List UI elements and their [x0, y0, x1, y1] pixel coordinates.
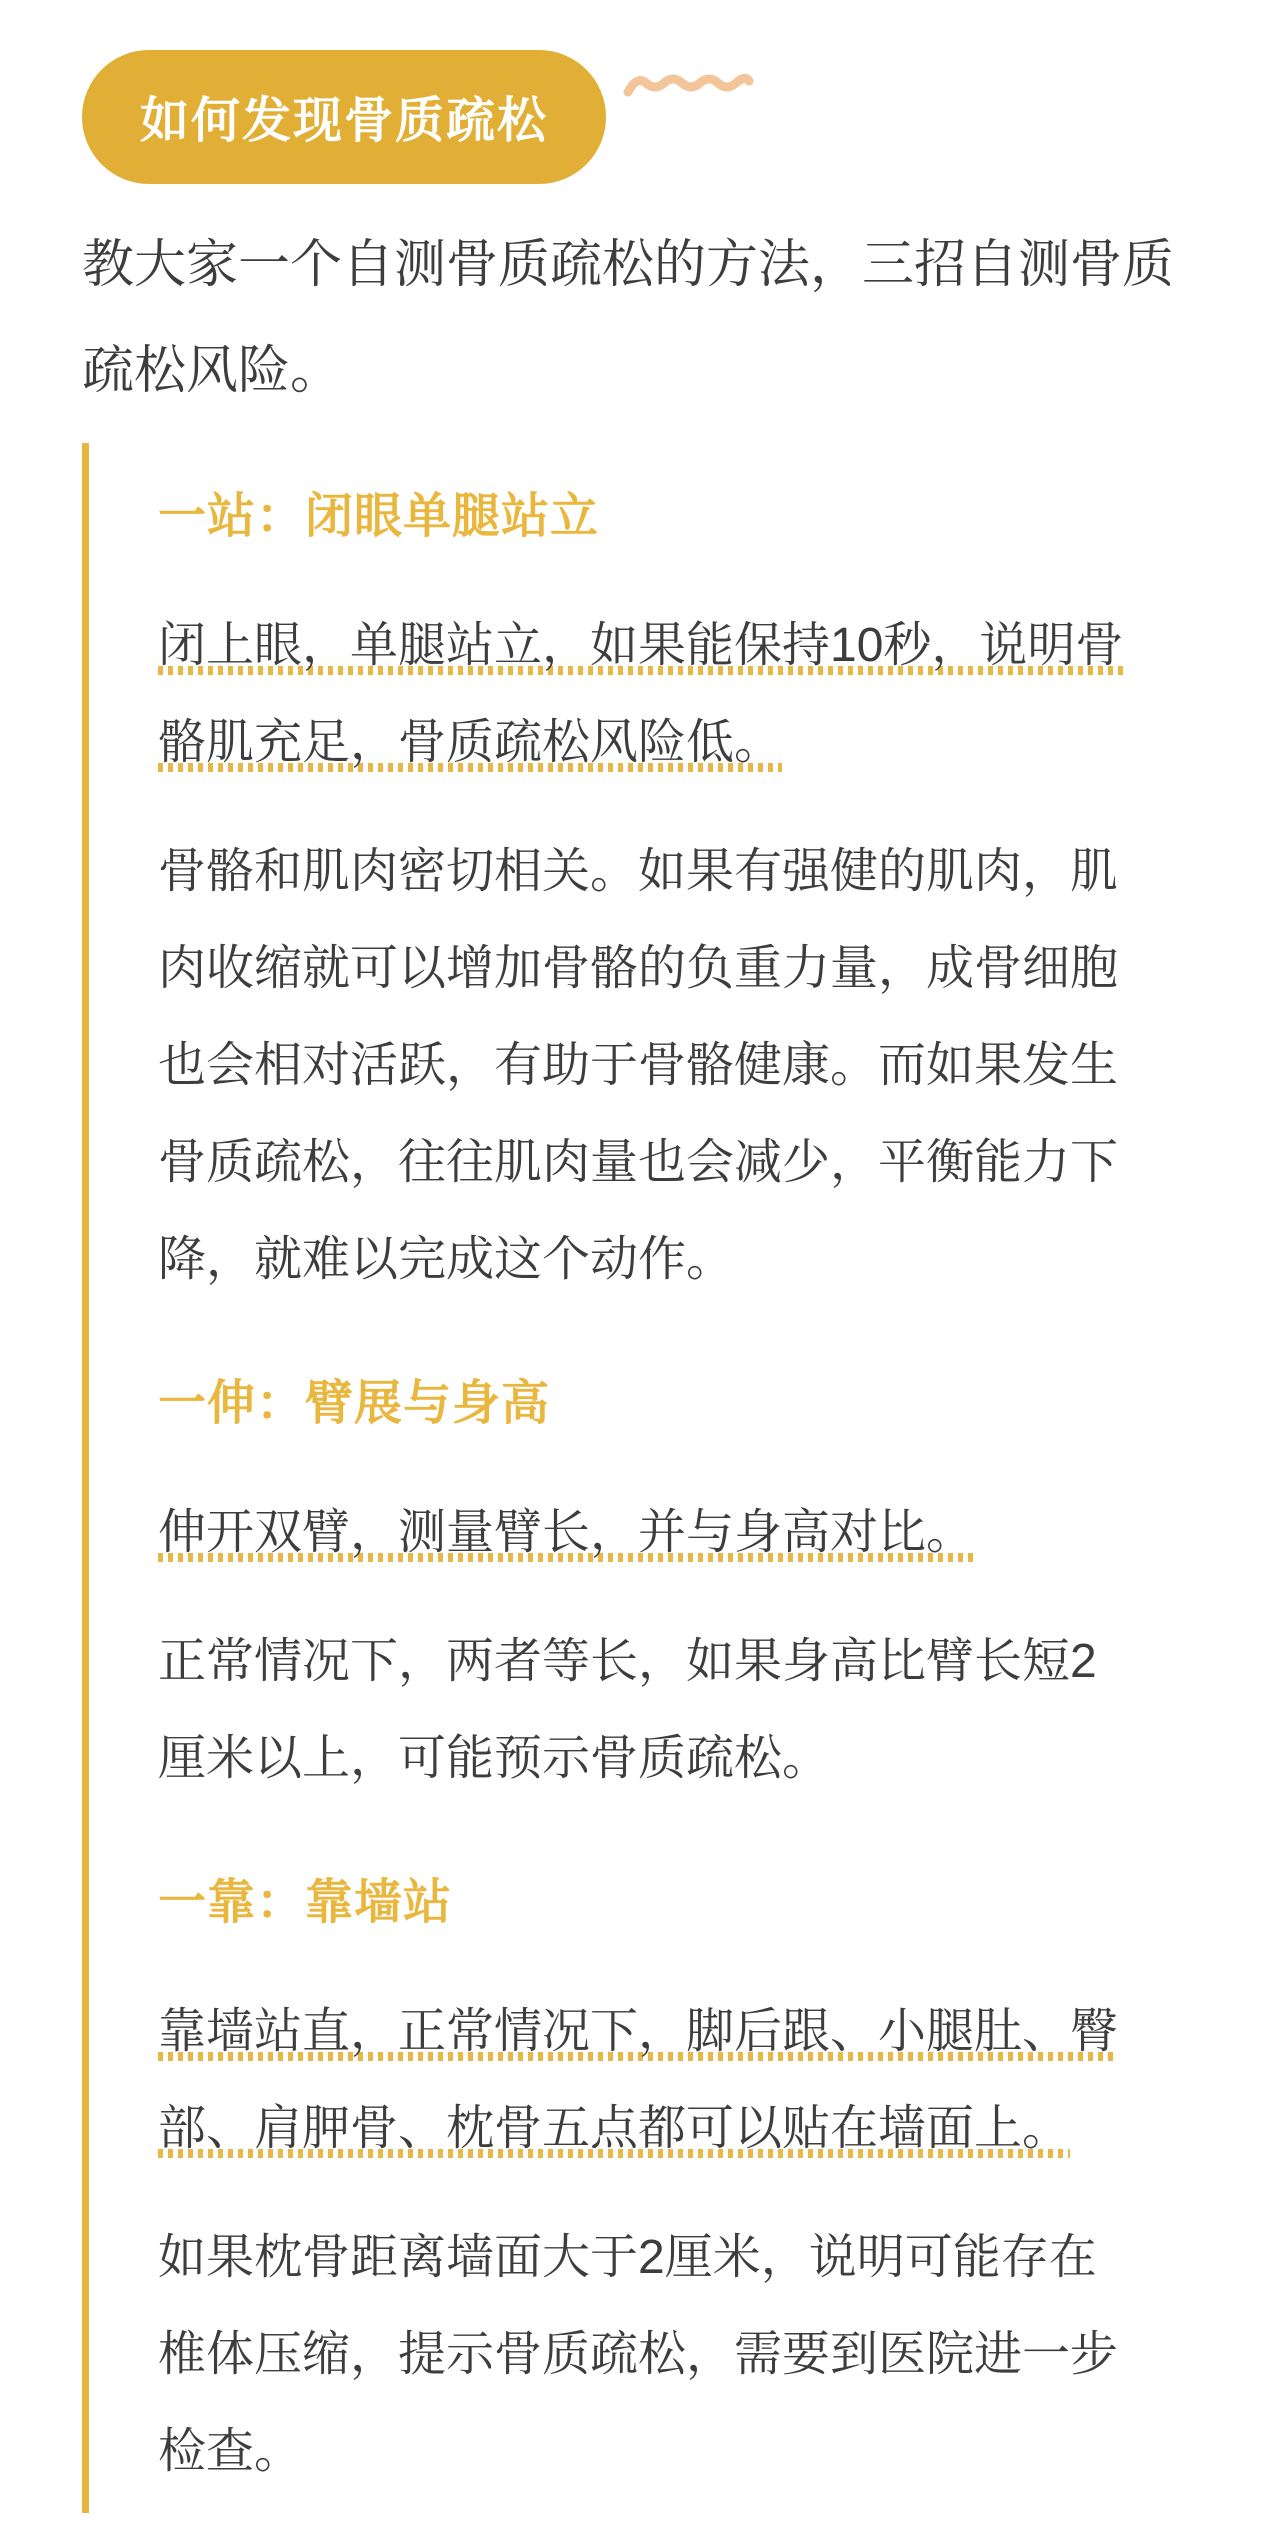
- text: 厘米以上，可能预示骨质疏松。: [158, 1732, 830, 1785]
- intro-text-line: 疏松风险。: [82, 318, 1219, 424]
- article-title-row: 如何发现骨质疏松: [82, 50, 1219, 184]
- text-line: 也会相对活跃，有助于骨骼健康。而如果发生: [158, 1017, 1219, 1114]
- underlined-text: 伸开双臂，测量臂长，并与身高对比。: [158, 1506, 974, 1562]
- body-paragraph: 正常情况下，两者等长，如果身高比臂长短2厘米以上，可能预示骨质疏松。: [158, 1613, 1219, 1807]
- underlined-text: 部、肩胛骨、枕骨五点都可以贴在墙面上。: [158, 2102, 1070, 2158]
- text-line: 椎体压缩，提示骨质疏松，需要到医院进一步: [158, 2306, 1219, 2403]
- article-page: 如何发现骨质疏松 教大家一个自测骨质疏松的方法，三招自测骨质疏松风险。 一站：闭…: [0, 50, 1279, 2513]
- section-heading: 一靠：靠墙站: [158, 1871, 1219, 1935]
- text-line: 如果枕骨距离墙面大于2厘米，说明可能存在: [158, 2209, 1219, 2306]
- underlined-text: 靠墙站直，正常情况下，脚后跟、小腿肚、臀: [158, 2005, 1118, 2061]
- body-paragraph: 如果枕骨距离墙面大于2厘米，说明可能存在椎体压缩，提示骨质疏松，需要到医院进一步…: [158, 2209, 1219, 2500]
- underlined-paragraph: 闭上眼，单腿站立，如果能保持10秒，说明骨骼肌充足，骨质疏松风险低。: [158, 597, 1219, 791]
- text-line: 正常情况下，两者等长，如果身高比臂长短2: [158, 1613, 1219, 1710]
- underlined-text: 骼肌充足，骨质疏松风险低。: [158, 716, 782, 772]
- text: 骨质疏松，往往肌肉量也会减少，平衡能力下: [158, 1136, 1118, 1189]
- text-line: 骨骼和肌肉密切相关。如果有强健的肌肉，肌: [158, 823, 1219, 920]
- underlined-paragraph: 靠墙站直，正常情况下，脚后跟、小腿肚、臀部、肩胛骨、枕骨五点都可以贴在墙面上。: [158, 1983, 1219, 2177]
- text-line: 降，就难以完成这个动作。: [158, 1211, 1219, 1308]
- text-line: 骨质疏松，往往肌肉量也会减少，平衡能力下: [158, 1114, 1219, 1211]
- text: 肉收缩就可以增加骨骼的负重力量，成骨细胞: [158, 942, 1118, 995]
- text-line: 骼肌充足，骨质疏松风险低。: [158, 694, 1219, 791]
- section-title: 如何发现骨质疏松: [140, 82, 548, 152]
- text-line: 部、肩胛骨、枕骨五点都可以贴在墙面上。: [158, 2080, 1219, 2177]
- text: 椎体压缩，提示骨质疏松，需要到医院进一步: [158, 2328, 1118, 2381]
- underlined-paragraph: 伸开双臂，测量臂长，并与身高对比。: [158, 1484, 1219, 1581]
- text: 检查。: [158, 2425, 302, 2478]
- text-line: 靠墙站直，正常情况下，脚后跟、小腿肚、臀: [158, 1983, 1219, 2080]
- text: 降，就难以完成这个动作。: [158, 1233, 734, 1286]
- intro-text-line: 教大家一个自测骨质疏松的方法，三招自测骨质: [82, 212, 1219, 318]
- text-line: 检查。: [158, 2403, 1219, 2500]
- section-title-badge: 如何发现骨质疏松: [82, 50, 606, 184]
- underlined-text: 闭上眼，单腿站立，如果能保持10秒，说明骨: [158, 619, 1123, 675]
- text: 骨骼和肌肉密切相关。如果有强健的肌肉，肌: [158, 845, 1118, 898]
- intro-paragraph: 教大家一个自测骨质疏松的方法，三招自测骨质疏松风险。: [82, 212, 1219, 424]
- section-heading: 一站：闭眼单腿站立: [158, 485, 1219, 549]
- section-heading: 一伸：臂展与身高: [158, 1372, 1219, 1436]
- text-line: 伸开双臂，测量臂长，并与身高对比。: [158, 1484, 1219, 1581]
- text-line: 肉收缩就可以增加骨骼的负重力量，成骨细胞: [158, 920, 1219, 1017]
- text: 正常情况下，两者等长，如果身高比臂长短2: [158, 1635, 1097, 1688]
- wavy-line-icon: [622, 70, 756, 104]
- body-paragraph: 骨骼和肌肉密切相关。如果有强健的肌肉，肌肉收缩就可以增加骨骼的负重力量，成骨细胞…: [158, 823, 1219, 1308]
- text: 也会相对活跃，有助于骨骼健康。而如果发生: [158, 1039, 1118, 1092]
- highlight-section: 一站：闭眼单腿站立闭上眼，单腿站立，如果能保持10秒，说明骨骼肌充足，骨质疏松风…: [82, 443, 1279, 2513]
- text: 如果枕骨距离墙面大于2厘米，说明可能存在: [158, 2231, 1097, 2284]
- text-line: 厘米以上，可能预示骨质疏松。: [158, 1710, 1219, 1807]
- text-line: 闭上眼，单腿站立，如果能保持10秒，说明骨: [158, 597, 1219, 694]
